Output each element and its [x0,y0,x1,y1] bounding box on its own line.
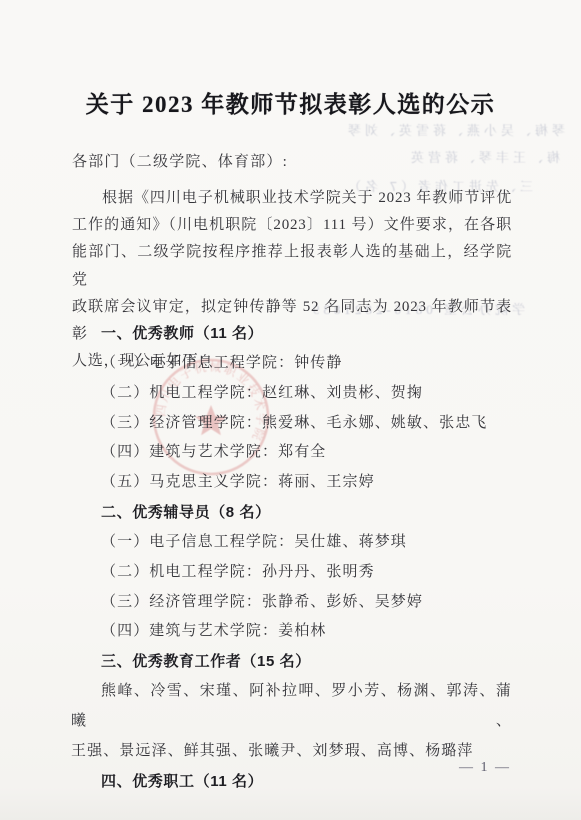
list-item: 熊峰、冷雪、宋瑾、阿补拉呷、罗小芳、杨渊、郭涛、蒲曦、 [71,677,512,737]
page-number: — 1 — [459,760,511,776]
document-title: 关于 2023 年教师节拟表彰人选的公示 [0,86,581,119]
section-heading: 三、优秀教育工作者（15 名） [71,647,512,677]
list-item: （三）经济管理学院：张静希、彭娇、吴梦婷 [71,588,512,618]
bleed-through-text: 琴梅、吴小燕、蒋雪英、刘琴 [100,120,565,139]
list-item: 王强、景远泽、鲜其强、张曦尹、刘梦瑕、高博、杨璐萍 [71,737,512,767]
list-item: （二）机电工程学院：赵红琳、刘贵彬、贺掬 [71,379,512,409]
section-heading: 一、优秀教师（11 名） [71,319,512,349]
list-item: （二）机电工程学院：孙丹丹、张明秀 [71,558,512,588]
list-item: （三）经济管理学院：熊爱琳、毛永娜、姚敏、张忠飞 [71,409,512,439]
list-item: （四）建筑与艺术学院：郑有全 [71,438,512,468]
paragraph-line: 根据《四川电子机械职业技术学院关于 2023 年教师节评优 [72,185,512,212]
paragraph-line: 工作的通知》（川电机职院〔2023〕111 号）文件要求，在各职 [72,212,512,239]
list-item: （一）电子信息工程学院：吴仕雄、蒋梦琪 [71,528,512,558]
award-list: 一、优秀教师（11 名） （一）电子信息工程学院：钟传静 （二）机电工程学院：赵… [71,319,512,797]
section-heading: 四、优秀职工（11 名） [71,767,512,797]
list-item: （一）电子信息工程学院：钟传静 [71,349,512,379]
scanned-document-page: 关于 2023 年教师节拟表彰人选的公示 琴梅、吴小燕、蒋雪英、刘琴 梅、王丰琴… [0,0,581,820]
list-item: （四）建筑与艺术学院：姜柏林 [71,617,512,647]
section-heading: 二、优秀辅导员（8 名） [71,498,512,528]
paragraph-line: 能部门、二级学院按程序推荐上报表彰人选的基础上，经学院党 [72,239,512,293]
list-item: （五）马克思主义学院：蒋丽、王宗婷 [71,468,512,498]
salutation: 各部门（二级学院、体育部）: [72,150,512,171]
